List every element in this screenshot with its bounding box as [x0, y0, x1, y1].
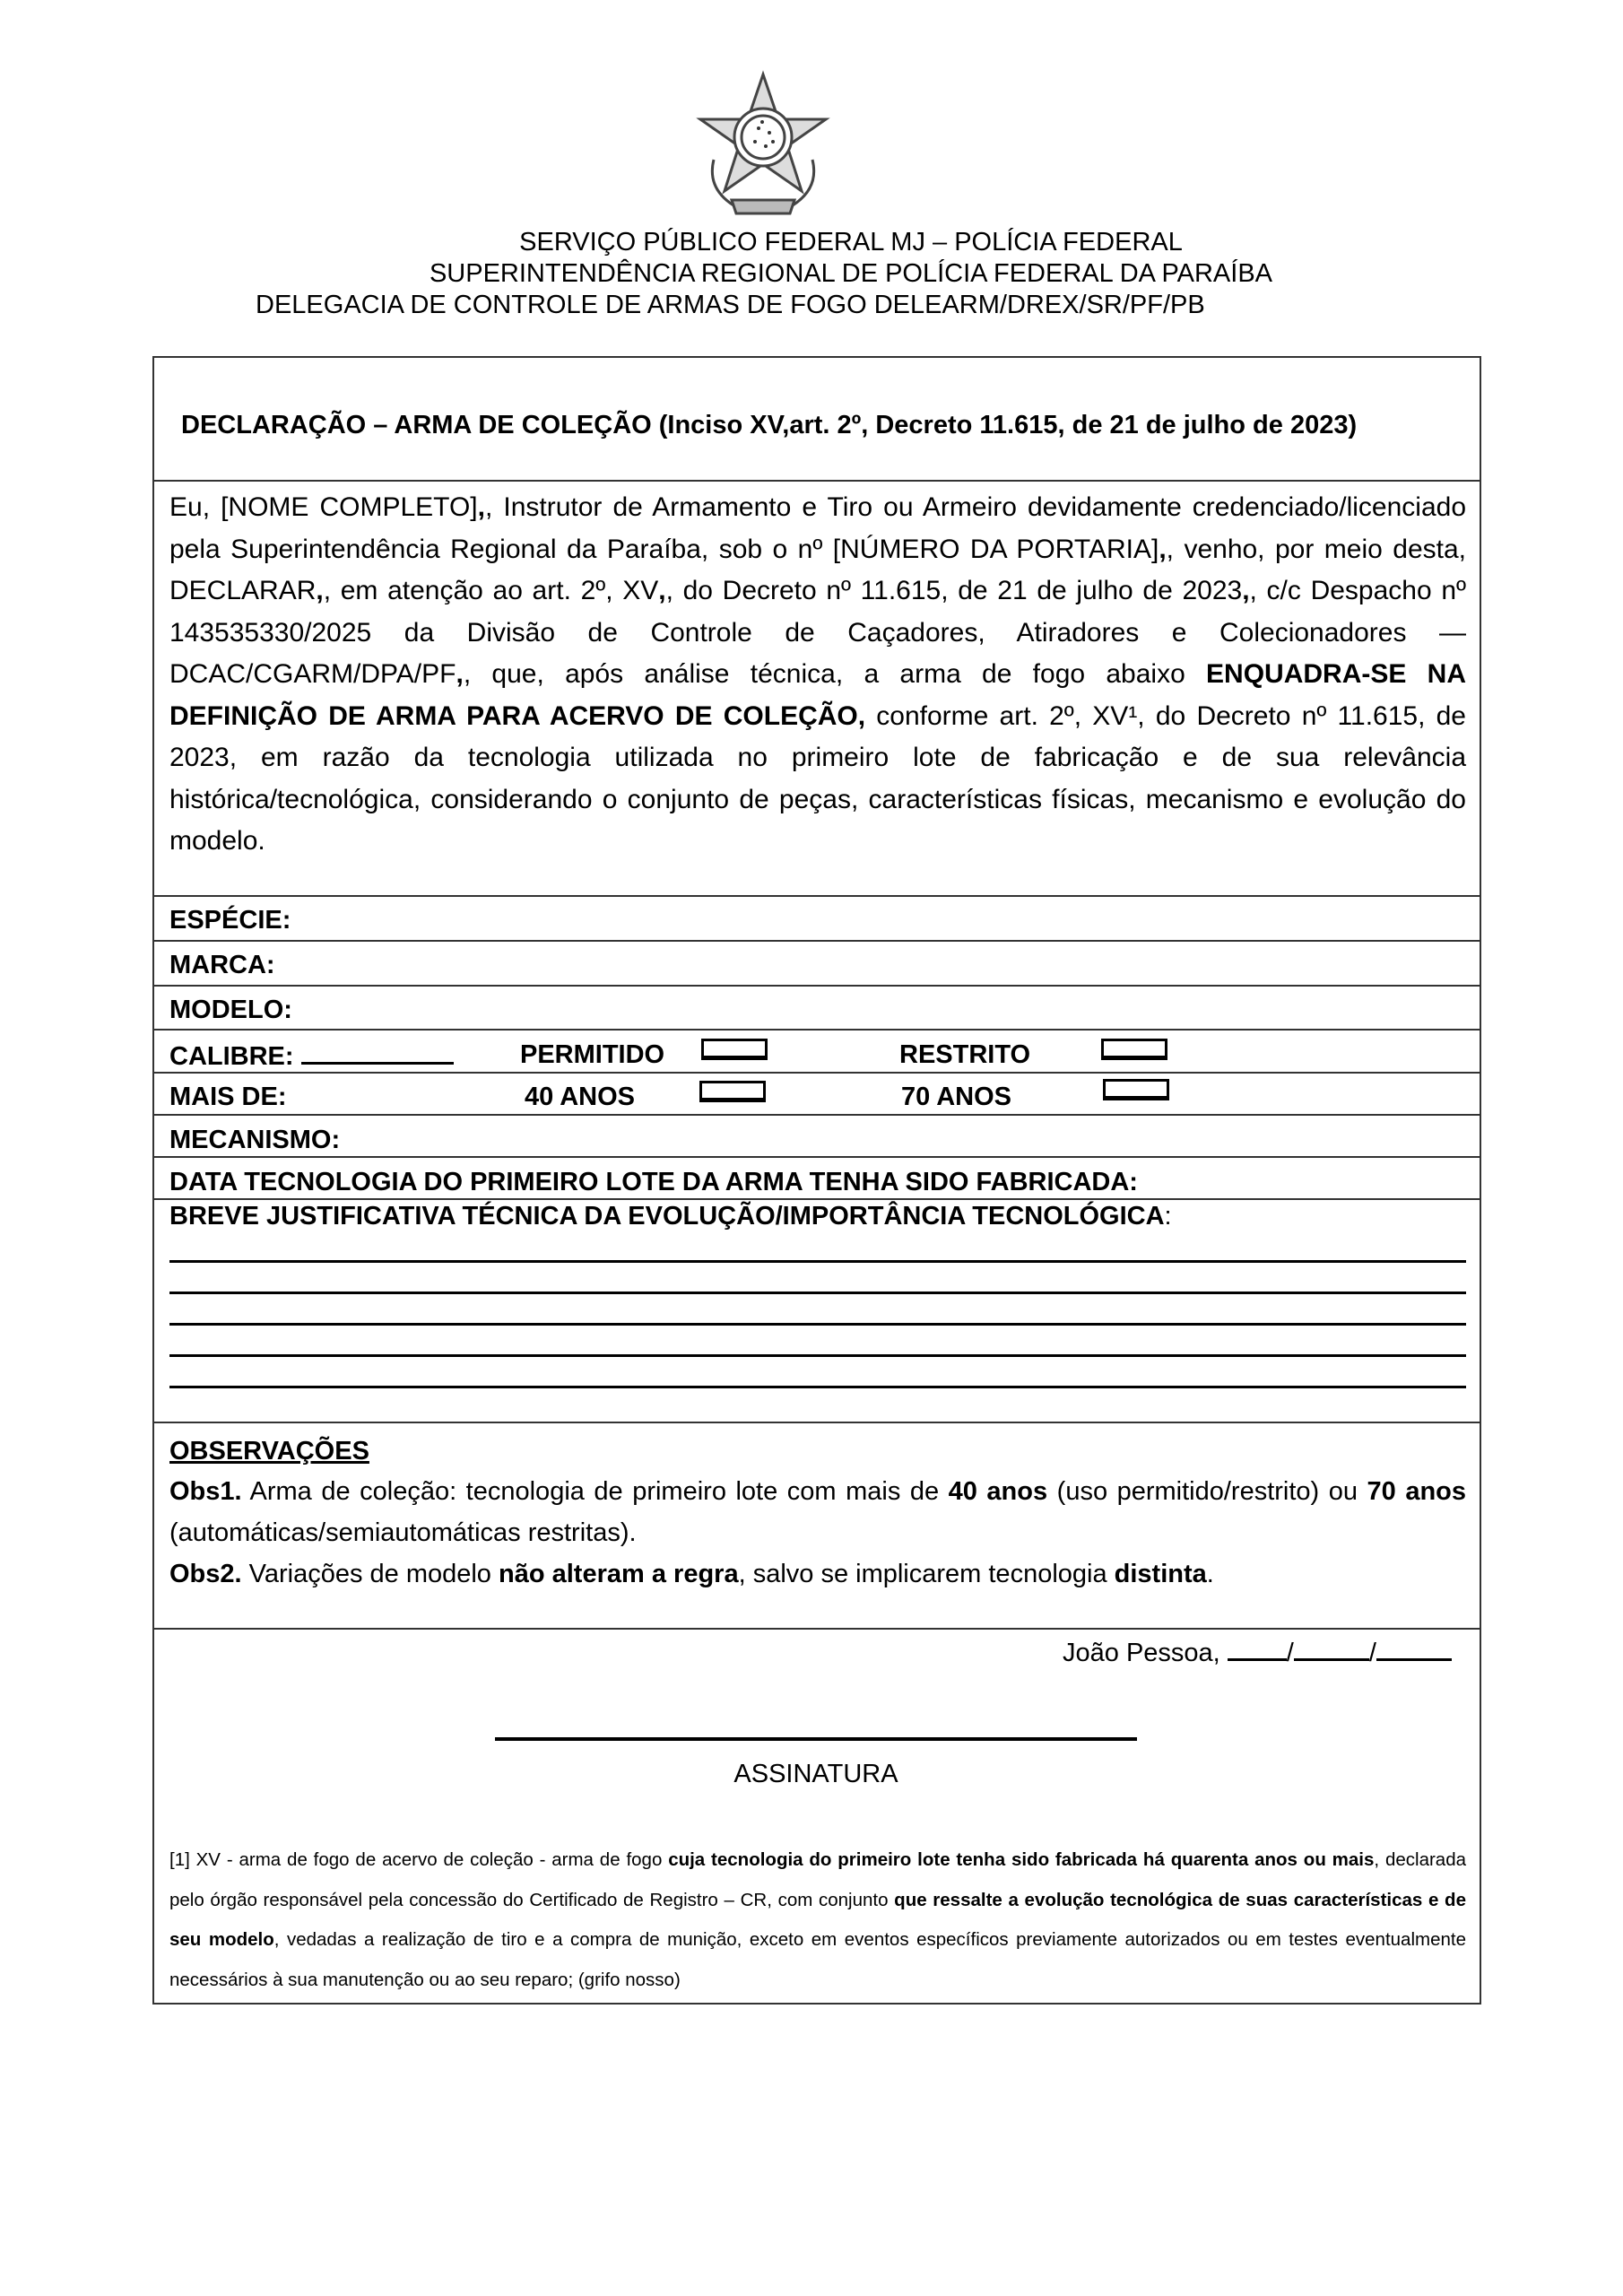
signature-line[interactable]	[495, 1737, 1137, 1741]
header-line-3: DELEGACIA DE CONTROLE DE ARMAS DE FOGO D…	[256, 290, 1205, 320]
obs2: Obs2. Variações de modelo não alteram a …	[169, 1553, 1466, 1595]
obs2-text: .	[1207, 1560, 1214, 1588]
obs1-text: (uso permitido/restrito) ou	[1047, 1477, 1367, 1506]
especie-field[interactable]: ESPÉCIE:	[169, 906, 291, 935]
obs2-bold: distinta	[1115, 1560, 1207, 1588]
justificativa-line-5[interactable]	[169, 1386, 1466, 1388]
divider	[152, 1628, 1481, 1630]
modelo-field[interactable]: MODELO:	[169, 996, 292, 1025]
data-tecnologia-field[interactable]: DATA TECNOLOGIA DO PRIMEIRO LOTE DA ARMA…	[169, 1168, 1138, 1197]
restrito-checkbox[interactable]	[1101, 1039, 1167, 1060]
obs2-bold: não alteram a regra	[499, 1560, 739, 1588]
declaration-text: Eu,	[169, 492, 221, 522]
declaration-text: , do Decreto nº 11.615, de 21 de julho d…	[666, 576, 1243, 605]
obs2-text: , salvo se implicarem tecnologia	[739, 1560, 1115, 1588]
permitido-label: PERMITIDO	[520, 1040, 664, 1070]
justificativa-line-1[interactable]	[169, 1260, 1466, 1263]
obs1-text: Arma de coleção: tecnologia de primeiro …	[242, 1477, 949, 1506]
document-title: DECLARAÇÃO – ARMA DE COLEÇÃO (Inciso XV,…	[181, 411, 1357, 440]
footnote-bold: cuja tecnologia do primeiro lote tenha s…	[668, 1849, 1374, 1870]
obs1-text: (automáticas/semiautomáticas restritas).	[169, 1518, 637, 1547]
year-blank[interactable]	[1376, 1637, 1452, 1661]
mecanismo-field[interactable]: MECANISMO:	[169, 1126, 340, 1155]
divider	[152, 1114, 1481, 1116]
declaration-text: , que, após análise técnica, a arma de f…	[464, 659, 1206, 689]
divider	[152, 480, 1481, 482]
footnote-text: , vedadas a realização de tiro e a compr…	[169, 1929, 1466, 1990]
header-line-2: SUPERINTENDÊNCIA REGIONAL DE POLÍCIA FED…	[0, 258, 1623, 289]
date-separator: /	[1287, 1639, 1294, 1667]
70-anos-checkbox[interactable]	[1103, 1079, 1169, 1100]
mais-de-label: MAIS DE:	[169, 1083, 287, 1112]
date-separator: /	[1369, 1639, 1376, 1667]
header-line-1: SERVIÇO PÚBLICO FEDERAL MJ – POLÍCIA FED…	[0, 227, 1623, 257]
restrito-label: RESTRITO	[899, 1040, 1030, 1070]
40-anos-checkbox[interactable]	[699, 1081, 766, 1102]
obs2-text: Variações de modelo	[242, 1560, 499, 1588]
divider	[152, 1156, 1481, 1158]
obs1-bold: 40 anos	[949, 1477, 1047, 1506]
observacoes-title: OBSERVAÇÕES	[169, 1431, 1466, 1472]
divider	[152, 1198, 1481, 1200]
footnote-text: [1] XV - arma de fogo de acervo de coleç…	[169, 1849, 668, 1870]
obs1: Obs1. Arma de coleção: tecnologia de pri…	[169, 1471, 1466, 1553]
day-blank[interactable]	[1228, 1637, 1287, 1661]
40-anos-label: 40 ANOS	[525, 1083, 635, 1112]
brazil-coat-of-arms-icon	[696, 70, 830, 221]
justificativa-line-2[interactable]	[169, 1291, 1466, 1294]
permitido-checkbox[interactable]	[701, 1039, 768, 1060]
obs1-bold: 70 anos	[1367, 1477, 1466, 1506]
divider	[152, 985, 1481, 987]
obs2-label: Obs2.	[169, 1560, 242, 1588]
70-anos-label: 70 ANOS	[901, 1083, 1011, 1112]
divider	[152, 895, 1481, 897]
divider	[152, 1422, 1481, 1423]
declaration-text: , em atenção ao art. 2º, XV	[324, 576, 659, 605]
divider	[152, 1029, 1481, 1031]
justificativa-line-4[interactable]	[169, 1354, 1466, 1357]
declaration-paragraph: Eu, [NOME COMPLETO],, Instrutor de Armam…	[169, 487, 1466, 863]
calibre-blank[interactable]	[301, 1040, 454, 1065]
month-blank[interactable]	[1294, 1637, 1369, 1661]
signature-label: ASSINATURA	[495, 1760, 1137, 1789]
calibre-label: CALIBRE:	[169, 1042, 294, 1071]
date-line: João Pessoa, //	[1063, 1637, 1452, 1668]
justificativa-label: BREVE JUSTIFICATIVA TÉCNICA DA EVOLUÇÃO/…	[169, 1202, 1172, 1231]
declarar-text: DECLARAR	[169, 576, 316, 605]
colon: :	[1165, 1202, 1172, 1231]
obs1-label: Obs1.	[169, 1477, 242, 1506]
justificativa-line-3[interactable]	[169, 1323, 1466, 1326]
declaration-text: , venho, por meio desta,	[1167, 535, 1466, 564]
divider	[152, 940, 1481, 942]
calibre-field[interactable]: CALIBRE:	[169, 1040, 454, 1072]
divider	[152, 1072, 1481, 1074]
footnote: [1] XV - arma de fogo de acervo de coleç…	[169, 1840, 1466, 2000]
justificativa-text: BREVE JUSTIFICATIVA TÉCNICA DA EVOLUÇÃO/…	[169, 1202, 1165, 1231]
marca-field[interactable]: MARCA:	[169, 951, 275, 980]
name-placeholder: [NOME COMPLETO]	[221, 492, 478, 522]
place-label: João Pessoa,	[1063, 1639, 1228, 1667]
